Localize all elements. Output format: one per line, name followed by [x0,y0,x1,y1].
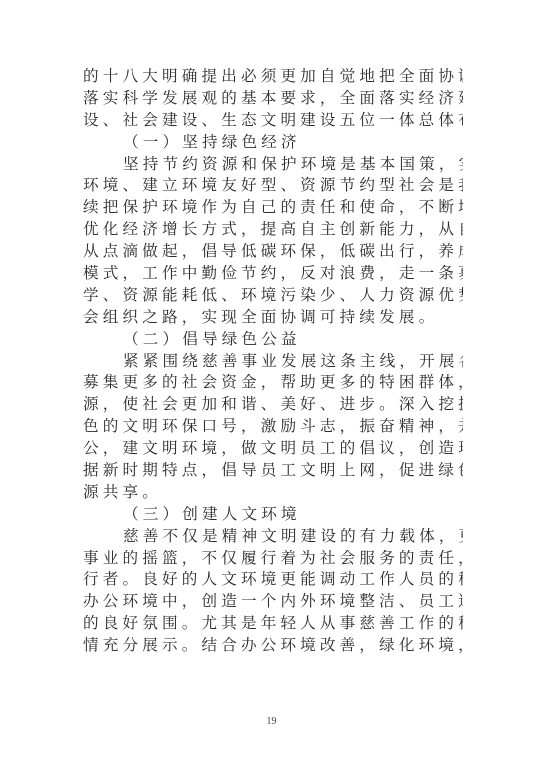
text-line: 色的文明环保口号，激励斗志，振奋精神，并在员工中开展了文明办 [83,416,463,438]
text-line: 学、资源能耗低、环境污染少、人力资源优势得到充分发挥的新型社 [83,285,463,307]
text-line: 据新时期特点，倡导员工文明上网，促进绿色网络建设，促进信息资 [83,460,463,482]
body-text: 的十八大明确提出必须更加自觉地把全面协调可持续作为深入贯彻落实科学发展观的基本要… [83,66,463,657]
text-line: 公，建文明环境，做文明员工的倡议，创造环境优雅的工作环境。根 [83,438,463,460]
text-line: 的良好氛围。尤其是年轻人从事慈善工作的积极性充分调动，工作热 [83,613,463,635]
text-line: 模式，工作中勤俭节约，反对浪费，走一条募捐能力强、项目实施科 [83,263,463,285]
text-line: 落实科学发展观的基本要求，全面落实经济建设、政治建设、文化建 [83,88,463,110]
text-line: 环境、建立环境友好型、资源节约型社会是我会应有的责任。我会继 [83,175,463,197]
text-line: 源，使社会更加和谐、美好、进步。深入挖掘符合我会特点、独具特 [83,394,463,416]
text-line: （一）坚持绿色经济 [83,132,463,154]
text-line: 行者。良好的人文环境更能调动工作人员的积极性，我们坚持在新的 [83,569,463,591]
text-line: （二）倡导绿色公益 [83,329,463,351]
text-line: 紧紧围绕慈善事业发展这条主线，开展各种文明创建活动，通过 [83,351,463,373]
page-number: 19 [0,716,543,727]
text-line: 设、社会建设、生态文明建设五位一体总体布局。 [83,110,463,132]
text-line: 续把保护环境作为自己的责任和使命，不断增强环境保护意识，不断 [83,197,463,219]
text-line: 募集更多的社会资金，帮助更多的特困群体，整合更多的社会组织资 [83,372,463,394]
text-line: （三）创建人文环境 [83,504,463,526]
text-line: 事业的摇篮，不仅履行着为社会服务的责任，更是传播慈善文化的先 [83,548,463,570]
text-line: 慈善不仅是精神文明建设的有力载体，更是培养年轻人从事公益 [83,526,463,548]
document-page: 的十八大明确提出必须更加自觉地把全面协调可持续作为深入贯彻落实科学发展观的基本要… [0,0,543,768]
text-line: 的十八大明确提出必须更加自觉地把全面协调可持续作为深入贯彻 [83,66,463,88]
text-line: 办公环境中，创造一个内外环境整洁、员工遵纪守序、同志团结友爱 [83,591,463,613]
text-line: 坚持节约资源和保护环境是基本国策，实施节能减排、切实保护 [83,154,463,176]
text-line: 源共享。 [83,482,463,504]
text-line: 优化经济增长方式，提高自主创新能力，从自身做起，从小事做起， [83,219,463,241]
text-line: 情充分展示。结合办公环境改善，绿化环境，舒适宜人。员工精神风 [83,635,463,657]
text-line: 从点滴做起，倡导低碳环保，低碳出行，养成良好的生活模式和消费 [83,241,463,263]
text-line: 会组织之路，实现全面协调可持续发展。 [83,307,463,329]
